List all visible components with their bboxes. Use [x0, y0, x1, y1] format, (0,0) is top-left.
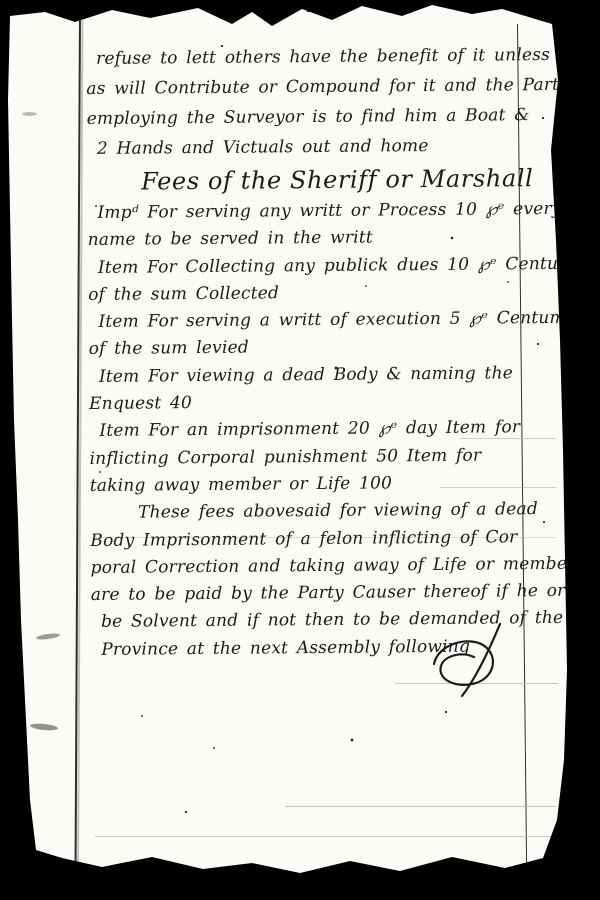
- manuscript-line: poral Correction and taking away of Life…: [90, 551, 534, 582]
- section-heading: Fees of the Sheriff or Marshall: [87, 160, 531, 200]
- bleedthrough-line: [285, 806, 556, 807]
- bleedthrough-line: [95, 836, 556, 837]
- manuscript-line: of the sum Collected: [88, 278, 532, 309]
- manuscript-line: Item For an imprisonment 20 ℘ᵉ day Item …: [89, 414, 533, 445]
- manuscript-line: as will Contribute or Compound for it an…: [86, 70, 530, 104]
- ink-smudge: [30, 723, 58, 732]
- scanned-document: (147) refuse to lett others have the ben…: [0, 0, 600, 900]
- manuscript-line: 2 Hands and Victuals out and home: [87, 130, 531, 164]
- manuscript-line: name to be served in the writt: [88, 223, 532, 254]
- manuscript-line: Item For Collecting any publick dues 10 …: [88, 251, 532, 282]
- manuscript-line: Enquest 40: [89, 387, 533, 418]
- left-margin-rule: [75, 14, 81, 872]
- page-number: (147): [278, 0, 344, 17]
- manuscript-line: Province at the next Assembly following: [91, 633, 535, 664]
- manuscript-line: are to be paid by the Party Causer there…: [91, 578, 535, 609]
- manuscript-line: be Solvent and if not then to be demande…: [91, 606, 535, 637]
- manuscript-line: taking away member or Life 100: [90, 469, 534, 500]
- manuscript-line: inflicting Corporal punishment 50 Item f…: [90, 442, 534, 473]
- manuscript-page: (147) refuse to lett others have the ben…: [0, 0, 600, 900]
- ink-smudge: [36, 632, 60, 640]
- ink-smudge: [22, 112, 37, 116]
- manuscript-line: refuse to lett others have the benefit o…: [86, 40, 530, 74]
- handwritten-text-block: refuse to lett others have the benefit o…: [86, 40, 535, 664]
- manuscript-line: Item For serving a writt of execution 5 …: [88, 305, 532, 336]
- manuscript-line: Body Imprisonment of a felon inflicting …: [90, 524, 534, 555]
- manuscript-line: Impᵈ For serving any writt or Process 10…: [87, 196, 531, 227]
- manuscript-line: of the sum levied: [89, 333, 533, 364]
- bleedthrough-line: [395, 683, 558, 684]
- manuscript-line: employing the Surveyor is to find him a …: [87, 100, 531, 134]
- manuscript-line: These fees abovesaid for viewing of a de…: [90, 496, 534, 527]
- manuscript-line: Item For viewing a dead Body & naming th…: [89, 360, 533, 391]
